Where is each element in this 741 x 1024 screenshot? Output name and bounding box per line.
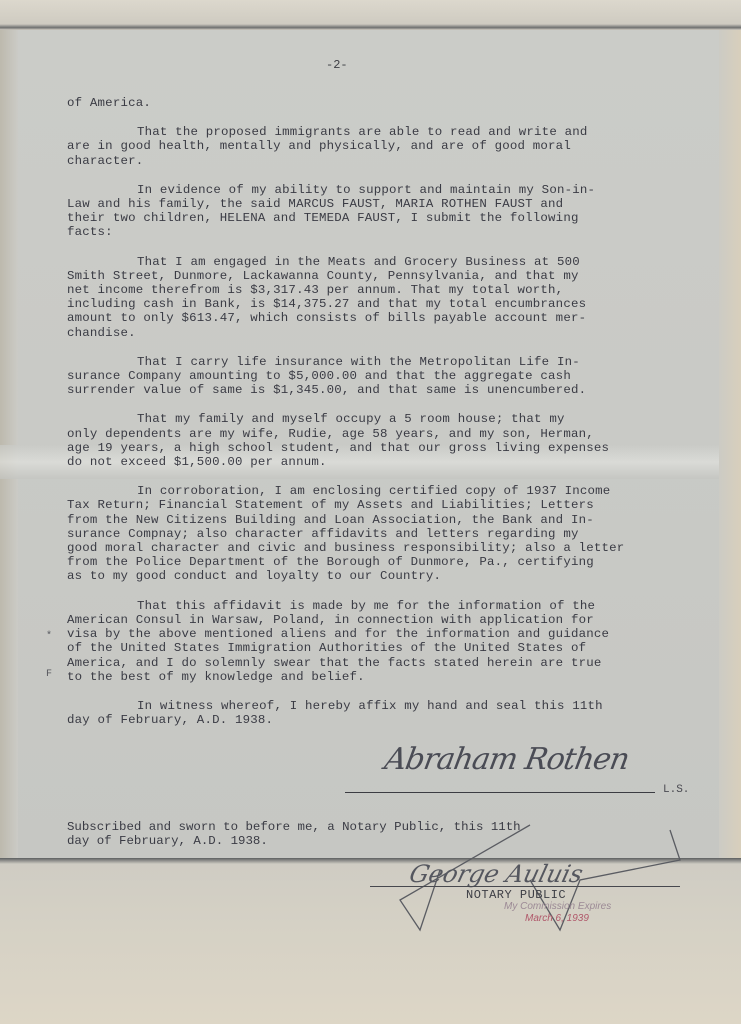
jurat-text: Subscribed and sworn to before me, a Not… (67, 820, 697, 848)
paragraph-household: That my family and myself occupy a 5 roo… (67, 412, 707, 469)
notary-block: George Auluis NOTARY PUBLIC My Commissio… (370, 860, 700, 940)
notary-signature-line (370, 886, 680, 887)
top-fold-edge (0, 0, 741, 30)
paragraph-life-insurance: That I carry life insurance with the Met… (67, 355, 707, 398)
margin-mark-asterisk: * (46, 631, 52, 642)
notary-title: NOTARY PUBLIC (466, 888, 566, 902)
notary-stamp-commission: My Commission Expires (504, 901, 611, 912)
seal-label: L.S. (663, 784, 689, 796)
affiant-signature: Abraham Rothen (382, 742, 632, 777)
affidavit-body: of America. That the proposed immigrants… (67, 96, 707, 742)
notary-signature: George Auluis (407, 860, 586, 888)
paragraph-business-income: That I am engaged in the Meats and Groce… (67, 255, 707, 340)
paragraph-continuation: of America. (67, 96, 707, 110)
paragraph-corroboration: In corroboration, I am enclosing certifi… (67, 484, 707, 583)
notary-stamp-expiry-date: March 6, 1939 (525, 913, 589, 924)
paragraph-immigrants-qualifications: That the proposed immigrants are able to… (67, 125, 707, 168)
paragraph-purpose-oath: That this affidavit is made by me for th… (67, 599, 707, 684)
affiant-signature-block: Abraham Rothen L.S. (345, 742, 705, 802)
margin-mark-f: F (46, 669, 52, 680)
page-number: -2- (326, 58, 348, 72)
signature-line (345, 792, 655, 793)
paragraph-witness: In witness whereof, I hereby affix my ha… (67, 699, 707, 727)
paragraph-support-evidence: In evidence of my ability to support and… (67, 183, 707, 240)
